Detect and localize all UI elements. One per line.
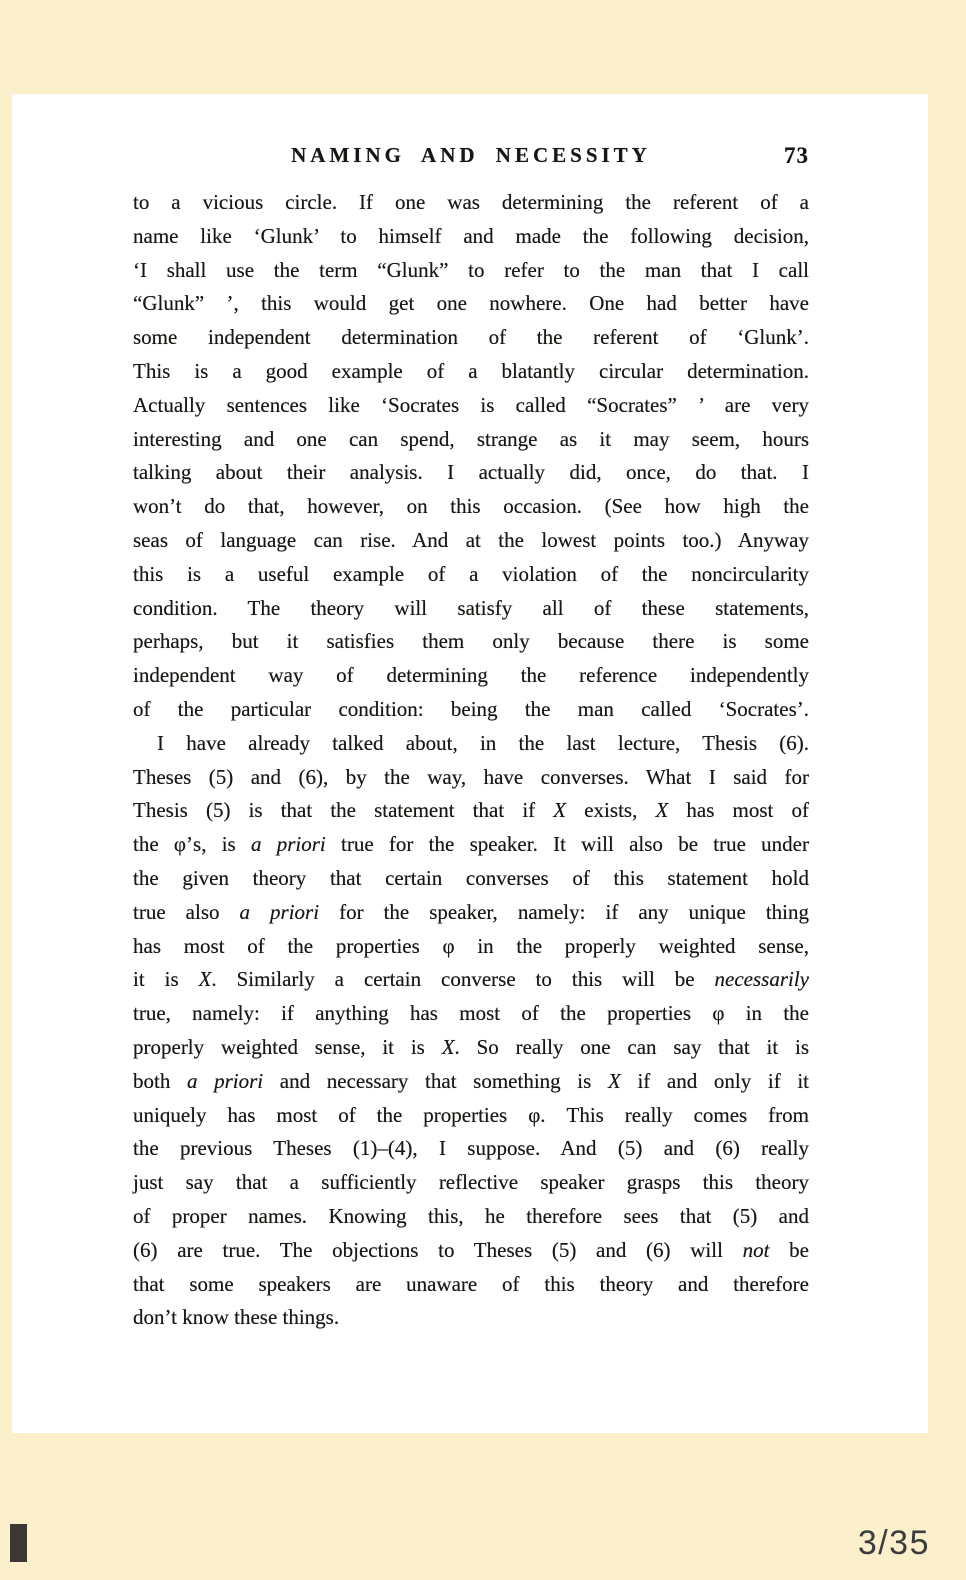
page-indicator: 3/35 [858, 1524, 930, 1563]
text-line: just say that a sufficiently reflective … [133, 1166, 809, 1200]
text-line: Theses (5) and (6), by the way, have con… [133, 761, 809, 795]
text-line: ‘I shall use the term “Glunk” to refer t… [133, 254, 809, 288]
text-line: won’t do that, however, on this occasion… [133, 490, 809, 524]
scroll-progress-thumb[interactable] [10, 1524, 27, 1562]
document-page: NAMING AND NECESSITY 73 to a vicious cir… [12, 94, 928, 1433]
text-line: the previous Theses (1)–(4), I suppose. … [133, 1132, 809, 1166]
text-line: interesting and one can spend, strange a… [133, 423, 809, 457]
text-line: some independent determination of the re… [133, 321, 809, 355]
text-line: the given theory that certain converses … [133, 862, 809, 896]
text-line: properly weighted sense, it is X. So rea… [133, 1031, 809, 1065]
text-line: uniquely has most of the properties φ. T… [133, 1099, 809, 1133]
text-line: “Glunk” ’, this would get one nowhere. O… [133, 287, 809, 321]
text-line: (6) are true. The objections to Theses (… [133, 1234, 809, 1268]
text-line: true, namely: if anything has most of th… [133, 997, 809, 1031]
text-line: perhaps, but it satisfies them only beca… [133, 625, 809, 659]
text-line: Thesis (5) is that the statement that if… [133, 794, 809, 828]
text-line: has most of the properties φ in the prop… [133, 930, 809, 964]
body-text: to a vicious circle. If one was determin… [133, 186, 809, 1335]
page-folio-number: 73 [784, 143, 809, 169]
text-line: independent way of determining the refer… [133, 659, 809, 693]
text-line: to a vicious circle. If one was determin… [133, 186, 809, 220]
text-line: of the particular condition: being the m… [133, 693, 809, 727]
text-line: condition. The theory will satisfy all o… [133, 592, 809, 626]
reader-canvas: NAMING AND NECESSITY 73 to a vicious cir… [0, 0, 966, 1580]
text-line: This is a good example of a blatantly ci… [133, 355, 809, 389]
text-line: of proper names. Knowing this, he theref… [133, 1200, 809, 1234]
text-line: talking about their analysis. I actually… [133, 456, 809, 490]
text-line: both a priori and necessary that somethi… [133, 1065, 809, 1099]
text-line: I have already talked about, in the last… [133, 727, 809, 761]
text-line: don’t know these things. [133, 1301, 809, 1335]
text-line: true also a priori for the speaker, name… [133, 896, 809, 930]
text-line: it is X. Similarly a certain converse to… [133, 963, 809, 997]
text-line: name like ‘Glunk’ to himself and made th… [133, 220, 809, 254]
running-head-title: NAMING AND NECESSITY [133, 143, 809, 168]
text-line: Actually sentences like ‘Socrates is cal… [133, 389, 809, 423]
text-line: the φ’s, is a priori true for the speake… [133, 828, 809, 862]
text-line: seas of language can rise. And at the lo… [133, 524, 809, 558]
text-line: this is a useful example of a violation … [133, 558, 809, 592]
text-line: that some speakers are unaware of this t… [133, 1268, 809, 1302]
